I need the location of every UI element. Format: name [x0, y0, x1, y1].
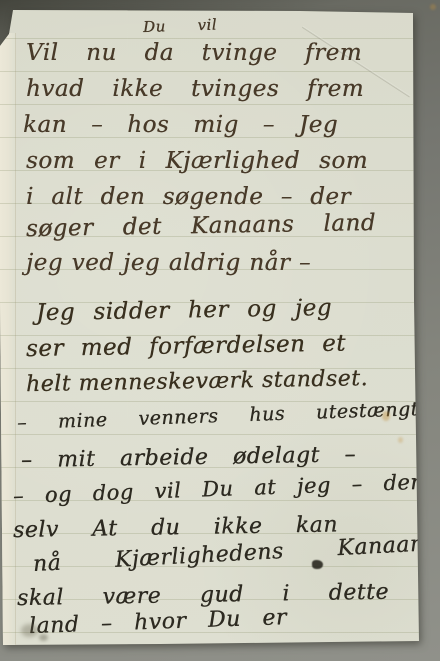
handwriting-line-4: som er i Kjærlighed som	[26, 148, 368, 176]
handwriting-line-5: i alt den søgende – der	[26, 184, 351, 212]
interline-insertion: Du vil	[143, 15, 218, 36]
handwriting-line-2: hvad ikke tvinges frem	[26, 76, 364, 104]
ink-smudge	[21, 624, 38, 637]
backdrop-speck	[430, 4, 436, 10]
ink-blot	[312, 560, 323, 569]
handwriting-line-8: Jeg sidder her og jeg	[36, 295, 332, 328]
manuscript-page: Du vil Vil nu da tvinge frem hvad ikke t…	[0, 0, 440, 661]
handwriting-line-1: Vil nu da tvinge frem	[26, 40, 362, 68]
handwriting-line-7: jeg ved jeg aldrig når –	[26, 250, 311, 278]
handwriting-line-3: kan – hos mig – Jeg	[23, 112, 338, 140]
ink-smudge	[39, 634, 48, 641]
manuscript-photo: Du vil Vil nu da tvinge frem hvad ikke t…	[0, 0, 440, 661]
paper-stain	[382, 411, 390, 421]
paper-stain	[398, 437, 403, 443]
handwriting-line-9: ser med forfærdelsen et	[26, 330, 346, 363]
